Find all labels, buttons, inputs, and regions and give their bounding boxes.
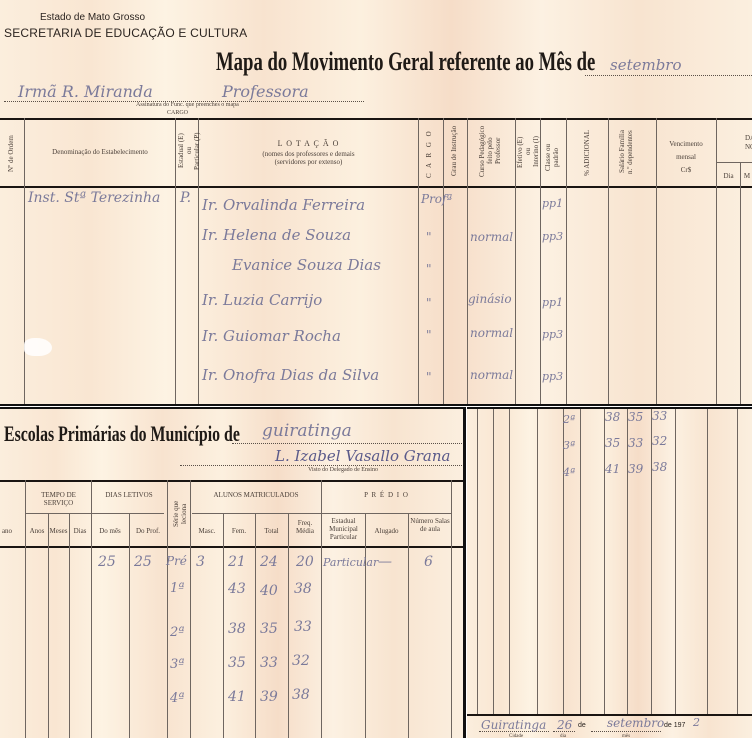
col-divider [288,513,289,738]
staff-classe: pp3 [542,370,563,383]
col-divider [493,409,494,714]
cell-freq: 33 [294,619,312,635]
header-meses: Meses [48,527,69,535]
header-mes: M [742,172,752,180]
bottom-left-panel: Escolas Primárias do Município de guirat… [0,407,466,738]
dia-caption: dia [560,733,566,738]
cell-total: 33 [260,655,278,671]
header-tempo: TEMPO DE SERVIÇO [26,491,91,507]
col-divider [627,409,628,714]
cell-total: 39 [628,462,643,476]
cell-serie: 3ª [563,439,575,452]
month-field[interactable]: setembro [610,56,682,74]
staff-curso: ginásio [468,292,512,306]
staff-classe: pp1 [542,197,563,210]
staff-classe: pp3 [542,230,563,243]
cell-freq: 38 [292,687,310,703]
staff-name: Ir. Guiomar Rocha [202,327,341,345]
cell-fem: 35 [605,436,620,450]
col-divider [608,118,609,406]
cell-freq: 20 [296,554,314,570]
header-freq: Freq. Média [292,519,318,535]
header-classe: Classe ou padrão [544,136,562,178]
col-divider [418,118,419,406]
cell-fem: 35 [228,655,246,671]
cell-masc: 3 [196,554,205,570]
cell-total: 24 [260,554,278,570]
header-do-prof: Do Prof. [129,527,167,535]
col-divider [365,513,366,738]
state-label: Estado de Mato Grosso [40,12,145,23]
cargo-field[interactable]: Professora [222,82,309,101]
cell-serie: 4ª [170,691,184,706]
header-grau: Grau de Instrução [450,122,460,180]
col-divider [451,480,452,738]
cell-freq: 32 [292,653,310,669]
cell-serie: 4ª [563,466,575,479]
date-subrule [716,162,752,163]
year-prefix: de 197 [664,722,685,729]
municipio-field[interactable]: guiratinga [262,421,352,441]
cidade-caption: Cidade [509,733,523,738]
col-divider [25,480,26,738]
cell-total: 35 [260,621,278,637]
col-divider [509,409,510,714]
staff-name: Ir. Helena de Souza [202,226,351,244]
group-subrule [192,513,452,514]
staff-cargo: " [426,230,432,244]
col-divider [563,409,564,714]
staff-name: Ir. Onofra Dias da Silva [202,366,379,384]
col-divider [190,480,191,738]
secretaria-label: SECRETARIA DE EDUCAÇÃO E CULTURA [4,26,247,40]
header-ano-cut: ano [0,527,14,535]
header-estadual: Estadual (E) ou Particular (P) [177,122,197,180]
staff-name: Evanice Souza Dias [232,256,381,274]
month-line [585,75,752,76]
cell-total: 40 [260,583,278,599]
header-predio: P R É D I O [322,491,451,499]
header-crs: Cr$ [657,166,715,174]
de-label: de [578,722,586,729]
col-divider [580,409,581,714]
cell-fem: 41 [605,462,620,476]
col-divider [467,118,468,406]
mes-caption: mês [622,733,630,738]
cell-serie: 3ª [170,657,184,672]
header-dia: Dia [717,172,740,180]
col-divider [537,409,538,714]
header-dias: Dias [69,527,91,535]
header-alunos: ALUNOS MATRICULADOS [191,491,321,499]
staff-cargo: " [426,328,432,342]
cell-fem: 21 [228,554,246,570]
staff-classe: pp1 [542,296,563,309]
signature-caption: Assinatura do Func. que preenches o mapa [136,102,239,109]
cell-total: 35 [628,410,643,424]
col-divider [656,118,657,406]
staff-curso: normal [470,230,513,244]
header-adicional: % ADICIONAL [583,126,593,180]
mes-line [591,731,661,732]
delegado-signature[interactable]: L. Izabel Vasallo Grana [275,447,450,465]
header-salario: Salário Família n.º dependentes [618,124,638,180]
cell-freq: 32 [652,434,667,448]
cidade-field[interactable]: Guiratinga [481,718,546,732]
cell-fem: 38 [228,621,246,637]
col-divider [24,118,25,406]
establishment-type: P. [180,190,191,206]
col-divider [167,480,168,738]
col-divider [540,118,541,406]
col-divider [716,118,717,406]
col-divider [675,409,676,714]
header-dias-letivos: DIAS LETIVOS [91,491,167,499]
staff-cargo: " [426,370,432,384]
staff-cargo: Profª [421,192,452,206]
staff-cargo: " [426,296,432,310]
cell-freq: 33 [652,409,667,423]
table-top-rule [0,480,466,482]
staff-name: Ir. Luzia Carrijo [202,291,322,309]
header-lotacao-sub2: (servidores por extenso) [200,158,417,166]
delegado-line [180,465,466,466]
dia-field[interactable]: 26 [557,718,572,732]
cell-fem: 41 [228,689,246,705]
cell-freq: 38 [294,581,312,597]
delegado-caption: Visto do Delegado de Ensino [308,467,378,474]
header-total: Total [255,527,288,535]
cell-do-mes: 25 [98,554,116,570]
header-cargo: C A R G O [425,128,435,180]
cell-serie: 2ª [170,625,184,640]
col-divider [707,409,708,714]
cell-total: 39 [260,689,278,705]
col-divider [737,409,738,714]
col-divider [255,513,256,738]
cell-freq: 38 [652,460,667,474]
cell-serie: 2ª [563,413,575,426]
col-divider [443,118,444,406]
header-nomeacao: NO [740,143,752,151]
staff-curso: normal [470,368,513,382]
bottom-right-panel: 2ª 38 35 33 3ª 35 33 32 4ª 41 39 38 Guir… [467,407,752,738]
cell-fem: 38 [605,410,620,424]
table-header-rule [0,186,752,188]
col-divider [175,118,176,406]
staff-classe: pp3 [542,328,563,341]
paper-tear [24,338,52,356]
signature-field[interactable]: Irmã R. Miranda [18,82,153,101]
header-estadual: Estadual Municipal Particular [322,517,365,541]
header-masc: Masc. [191,527,223,535]
establishment-name: Inst. Stª Terezinha [28,190,160,206]
col-divider [48,513,49,738]
header-ordem: Nº de Ordem [7,130,17,178]
staff-name: Ir. Orvalinda Ferreira [202,196,365,214]
page-title: Mapa do Movimento Geral referente ao Mês… [216,47,595,77]
table-top-rule [0,118,752,120]
cell-total: 33 [628,436,643,450]
col-divider [91,480,92,738]
header-vencimento: Vencimento [657,140,715,148]
header-estabelecimento: Denominação do Estabelecimento [26,148,174,156]
col-divider [604,409,605,714]
year-field[interactable]: 2 [693,716,700,729]
col-divider [408,513,409,738]
cell-do-prof: 25 [134,554,152,570]
cell-fem: 43 [228,581,246,597]
col-divider [129,513,130,738]
header-mensal: mensal [657,153,715,161]
cell-salas: 6 [424,554,433,570]
top-form-panel: Estado de Mato Grosso SECRETARIA DE EDUC… [0,0,752,406]
header-fem: Fem. [223,527,255,535]
header-curso: Curso Pedagógico feito pelo Professor [478,122,504,180]
header-anos: Anos [26,527,48,535]
cell-predio: Particular [323,556,378,569]
municipio-line [232,443,466,444]
staff-cargo: " [426,262,432,276]
col-divider [566,118,567,406]
staff-curso: normal [470,326,513,340]
col-divider [223,513,224,738]
group-subrule [26,513,164,514]
cell-alugado: — [378,554,392,570]
header-numero-salas: Número Salas de aula [410,517,450,533]
col-divider [651,409,652,714]
cell-serie: 1ª [170,581,184,596]
header-lotacao: L O T A Ç Ã O [200,140,417,148]
header-serie: Série que leciona [172,493,186,535]
header-lotacao-sub1: (nomes dos professores e demais [200,150,417,158]
col-divider [477,409,478,714]
cell-serie: Pré [166,554,187,568]
header-data: DA [740,134,752,142]
col-divider [69,513,70,738]
header-alugado: Alugado [365,527,408,535]
header-efetivo: Efetivo (E) ou Interino (I) [516,124,540,180]
mes-field[interactable]: setembro [607,716,664,730]
col-divider [740,162,741,406]
header-do-mes: Do mês [91,527,129,535]
cargo-caption: CARGO [167,110,188,117]
municipio-title: Escolas Primárias do Município de [4,421,240,447]
